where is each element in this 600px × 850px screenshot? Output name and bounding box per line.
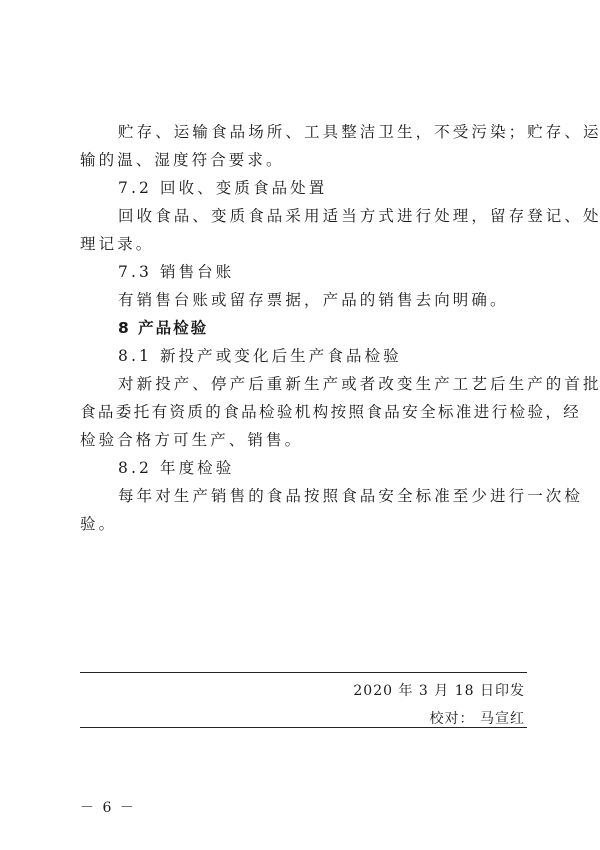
paragraph-line: 理记录。: [80, 234, 154, 254]
section-heading-8: 8 产品检验: [118, 318, 208, 338]
section-heading-7-2: 7.2 回收、变质食品处置: [118, 178, 327, 198]
paragraph-line: 每年对生产销售的食品按照食品安全标准至少进行一次检: [118, 486, 583, 506]
paragraph-line: 回收食品、变质食品采用适当方式进行处理，留存登记、处: [118, 206, 600, 226]
footer-top-rule: [80, 672, 527, 673]
section-heading-7-3: 7.3 销售台账: [118, 262, 234, 282]
proofreader: 校对： 马宣红: [430, 708, 525, 728]
page-number: － 6 －: [80, 797, 136, 817]
paragraph-line: 输的温、湿度符合要求。: [80, 150, 285, 170]
paragraph-line: 验。: [80, 514, 117, 534]
paragraph-line: 对新投产、停产后重新生产或者改变生产工艺后生产的首批: [118, 374, 600, 394]
footer-bottom-rule: [80, 727, 527, 728]
section-heading-8-1: 8.1 新投产或变化后生产食品检验: [118, 346, 402, 366]
paragraph-line: 有销售台账或留存票据，产品的销售去向明确。: [118, 290, 509, 310]
paragraph-line: 检验合格方可生产、销售。: [80, 430, 303, 450]
paragraph-line: 贮存、运输食品场所、工具整洁卫生，不受污染；贮存、运: [118, 122, 600, 142]
section-heading-8-2: 8.2 年度检验: [118, 458, 234, 478]
issue-date: 2020 年 3 月 18 日印发: [353, 680, 525, 700]
paragraph-line: 食品委托有资质的食品检验机构按照食品安全标准进行检验，经: [80, 402, 581, 422]
